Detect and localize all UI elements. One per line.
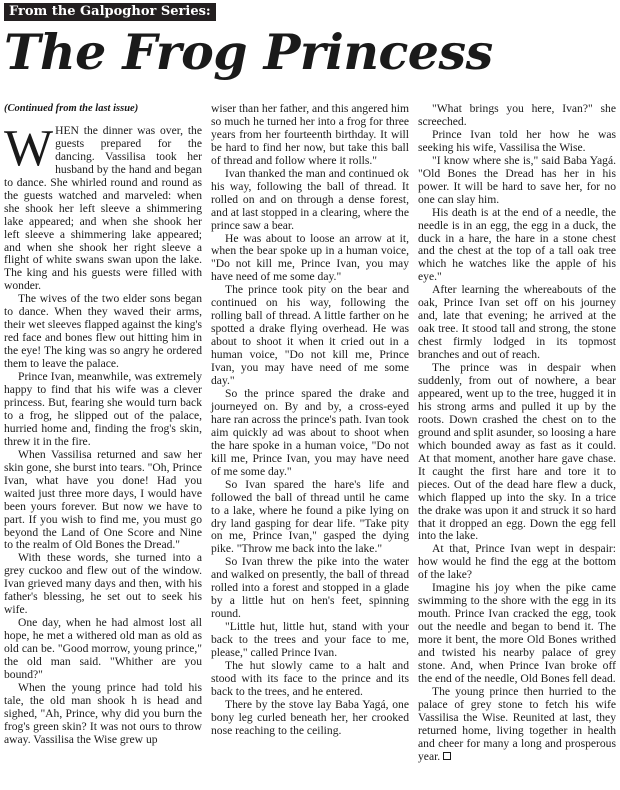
column-3: "What brings you here, Ivan?" she screec…: [418, 103, 616, 790]
paragraph: The hut slowly came to a halt and stood …: [211, 660, 409, 699]
paragraph: The wives of the two elder sons began to…: [4, 293, 202, 371]
drop-cap: W: [4, 127, 53, 169]
paragraph: "I know where she is," said Baba Yagá. "…: [418, 155, 616, 207]
paragraph: Imagine his joy when the pike came swimm…: [418, 582, 616, 686]
paragraph: wiser than her father, and this angered …: [211, 103, 409, 168]
paragraph: After learning the whereabouts of the oa…: [418, 284, 616, 362]
paragraph: The prince took pity on the bear and con…: [211, 284, 409, 388]
paragraph: WHEN the dinner was over, the guests pre…: [4, 125, 202, 293]
paragraph: His death is at the end of a needle, the…: [418, 207, 616, 285]
column-2: wiser than her father, and this angered …: [211, 103, 409, 790]
paragraph: At that, Prince Ivan wept in despair: ho…: [418, 543, 616, 582]
paragraph: There by the stove lay Baba Yagá, one bo…: [211, 699, 409, 738]
paragraph: "What brings you here, Ivan?" she screec…: [418, 103, 616, 129]
article-body: (Continued from the last issue) WHEN the…: [4, 103, 616, 790]
article-title: The Frog Princess: [4, 22, 493, 82]
paragraph: The young prince then hurried to the pal…: [418, 686, 616, 764]
paragraph: One day, when he had almost lost all hop…: [4, 617, 202, 682]
paragraph: "Little hut, little hut, stand with your…: [211, 621, 409, 660]
paragraph: Ivan thanked the man and continued ok hi…: [211, 168, 409, 233]
paragraph: He was about to loose an arrow at it, wh…: [211, 233, 409, 285]
column-1: (Continued from the last issue) WHEN the…: [4, 103, 202, 790]
series-label: From the Galpoghor Series:: [4, 3, 216, 21]
paragraph: So the prince spared the drake and journ…: [211, 388, 409, 479]
paragraph: Prince Ivan told her how he was seeking …: [418, 129, 616, 155]
paragraph: With these words, she turned into a grey…: [4, 552, 202, 617]
continued-note: (Continued from the last issue): [4, 103, 202, 116]
paragraph: So Ivan threw the pike into the water an…: [211, 556, 409, 621]
paragraph: So Ivan spared the hare's life and follo…: [211, 479, 409, 557]
hollow-square-icon: [443, 752, 451, 760]
paragraph: Prince Ivan, meanwhile, was extremely ha…: [4, 371, 202, 449]
paragraph: When Vassilisa returned and saw her skin…: [4, 449, 202, 553]
paragraph: The prince was in despair when suddenly,…: [418, 362, 616, 543]
paragraph: When the young prince had told his tale,…: [4, 682, 202, 747]
